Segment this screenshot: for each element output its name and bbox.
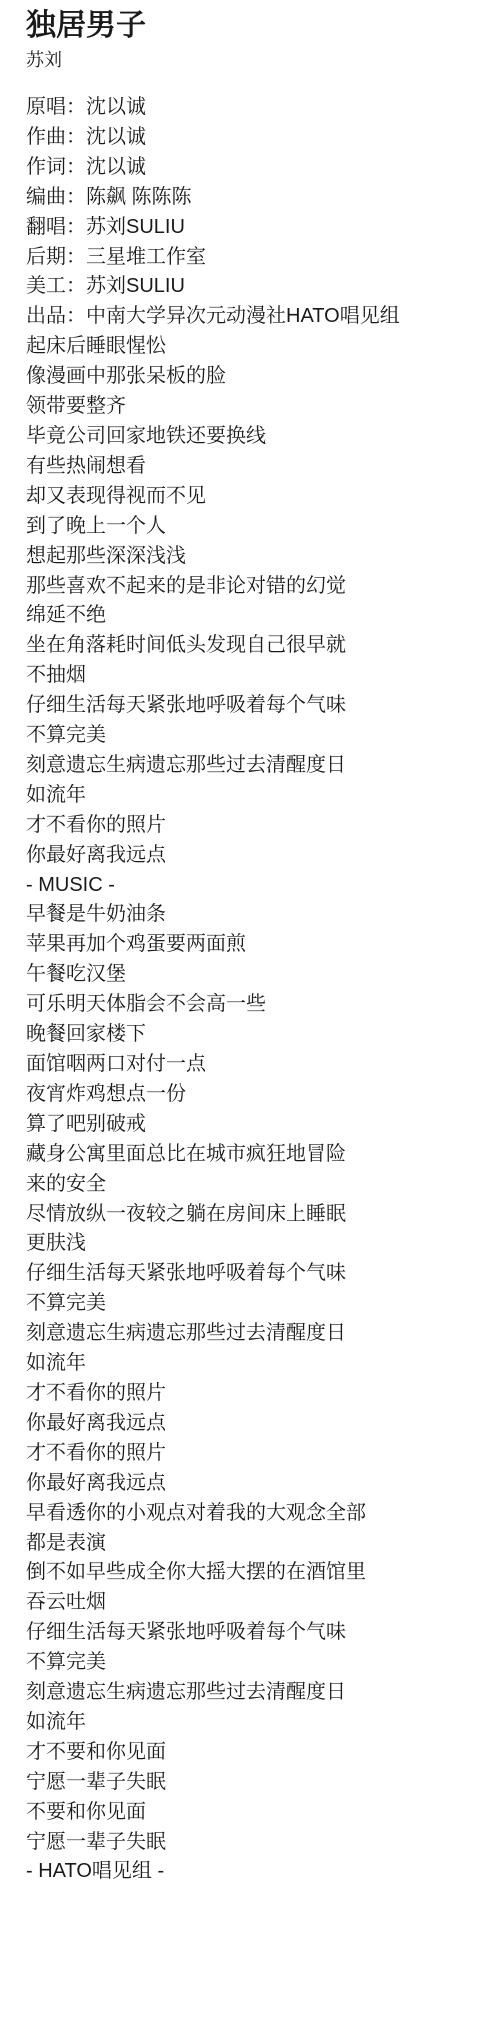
song-title: 独居男子 [26, 8, 490, 44]
lyric-line: 才不要和你见面 [26, 1738, 490, 1768]
lyric-line: 坐在角落耗时间低头发现自己很早就 [26, 631, 490, 661]
credit-line: 原唱：沈以诚 [26, 93, 490, 123]
lyric-line: 夜宵炸鸡想点一份 [26, 1080, 490, 1110]
lyric-line: 却又表现得视而不见 [26, 482, 490, 512]
credit-line: 翻唱：苏刘SULIU [26, 213, 490, 243]
lyric-line: 如流年 [26, 781, 490, 811]
lyric-line: 来的安全 [26, 1170, 490, 1200]
lyric-line: 到了晚上一个人 [26, 512, 490, 542]
lyric-line: 倒不如早些成全你大摇大摆的在酒馆里 [26, 1558, 490, 1588]
lyric-line: 如流年 [26, 1708, 490, 1738]
lyrics-list: 起床后睡眼惺忪像漫画中那张呆板的脸领带要整齐毕竟公司回家地铁还要换线有些热闹想看… [26, 332, 490, 1887]
lyric-line: 才不看你的照片 [26, 1439, 490, 1469]
lyric-line: 都是表演 [26, 1529, 490, 1559]
credit-line: 作词：沈以诚 [26, 153, 490, 183]
lyric-line: 绵延不绝 [26, 601, 490, 631]
credits-list: 原唱：沈以诚作曲：沈以诚作词：沈以诚编曲：陈飙 陈陈陈翻唱：苏刘SULIU后期：… [26, 93, 490, 332]
lyric-line: 刻意遗忘生病遗忘那些过去清醒度日 [26, 1319, 490, 1349]
artist-name: 苏刘 [26, 48, 490, 72]
lyric-line: 毕竟公司回家地铁还要换线 [26, 422, 490, 452]
lyric-line: 你最好离我远点 [26, 1469, 490, 1499]
lyric-line: 才不看你的照片 [26, 811, 490, 841]
lyric-line: 面馆咽两口对付一点 [26, 1050, 490, 1080]
lyric-line: 算了吧别破戒 [26, 1110, 490, 1140]
lyric-line: 像漫画中那张呆板的脸 [26, 362, 490, 392]
lyric-line: 苹果再加个鸡蛋要两面煎 [26, 930, 490, 960]
credit-line: 美工：苏刘SULIU [26, 272, 490, 302]
lyric-line: 想起那些深深浅浅 [26, 542, 490, 572]
lyric-line: 刻意遗忘生病遗忘那些过去清醒度日 [26, 751, 490, 781]
lyric-line: 尽情放纵一夜较之躺在房间床上睡眠 [26, 1200, 490, 1230]
lyric-line: 不算完美 [26, 1289, 490, 1319]
lyric-line: 藏身公寓里面总比在城市疯狂地冒险 [26, 1140, 490, 1170]
lyric-line: - MUSIC - [26, 871, 490, 901]
lyric-line: 你最好离我远点 [26, 1409, 490, 1439]
lyric-line: 有些热闹想看 [26, 452, 490, 482]
lyric-line: 宁愿一辈子失眠 [26, 1828, 490, 1858]
lyric-line: 宁愿一辈子失眠 [26, 1768, 490, 1798]
credit-line: 后期：三星堆工作室 [26, 243, 490, 273]
lyric-line: 不算完美 [26, 721, 490, 751]
lyric-line: 领带要整齐 [26, 392, 490, 422]
lyric-line: 吞云吐烟 [26, 1588, 490, 1618]
lyric-line: 仔细生活每天紧张地呼吸着每个气味 [26, 1618, 490, 1648]
lyric-line: 起床后睡眼惺忪 [26, 332, 490, 362]
lyric-line: 不算完美 [26, 1648, 490, 1678]
lyrics-page: 独居男子 苏刘 原唱：沈以诚作曲：沈以诚作词：沈以诚编曲：陈飙 陈陈陈翻唱：苏刘… [0, 0, 500, 1887]
lyric-line: 如流年 [26, 1349, 490, 1379]
credit-line: 作曲：沈以诚 [26, 123, 490, 153]
lyric-line: 晚餐回家楼下 [26, 1020, 490, 1050]
lyric-line: 你最好离我远点 [26, 841, 490, 871]
lyric-line: 那些喜欢不起来的是非论对错的幻觉 [26, 572, 490, 602]
lyric-line: 才不看你的照片 [26, 1379, 490, 1409]
lyric-line: - HATO唱见组 - [26, 1857, 490, 1887]
lyric-line: 早餐是牛奶油条 [26, 900, 490, 930]
credit-line: 编曲：陈飙 陈陈陈 [26, 183, 490, 213]
credit-line: 出品：中南大学异次元动漫社HATO唱见组 [26, 302, 490, 332]
lyric-line: 更肤浅 [26, 1229, 490, 1259]
lyric-line: 不抽烟 [26, 661, 490, 691]
lyric-line: 午餐吃汉堡 [26, 960, 490, 990]
lyric-line: 早看透你的小观点对着我的大观念全部 [26, 1499, 490, 1529]
lyric-line: 可乐明天体脂会不会高一些 [26, 990, 490, 1020]
lyric-line: 仔细生活每天紧张地呼吸着每个气味 [26, 691, 490, 721]
lyric-line: 不要和你见面 [26, 1798, 490, 1828]
lyric-line: 刻意遗忘生病遗忘那些过去清醒度日 [26, 1678, 490, 1708]
lyric-line: 仔细生活每天紧张地呼吸着每个气味 [26, 1259, 490, 1289]
